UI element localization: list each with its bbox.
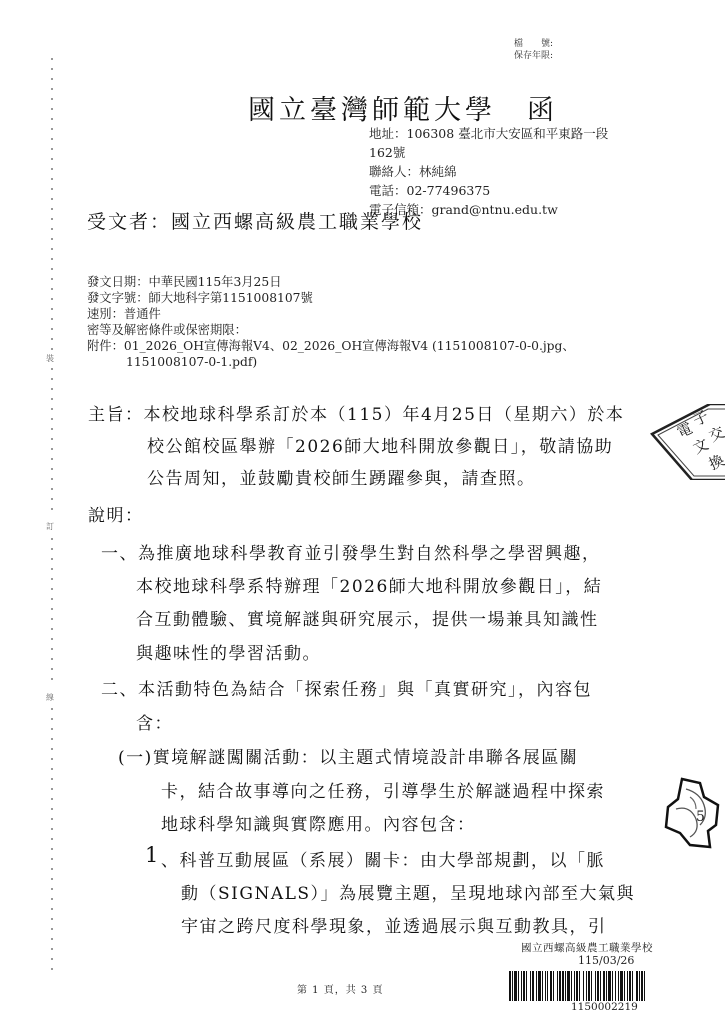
item1-line-1: 一、為推廣地球科學教育並引發學生對自然科學之學習興趣， — [101, 539, 601, 564]
attachment-line-1[interactable]: 附件：01_2026_OH宣傳海報V4、02_2026_OH宣傳海報V4 (11… — [87, 338, 575, 354]
subject-line-1: 主旨：本校地球科學系訂於本（115）年4月25日（星期六）於本 — [88, 400, 624, 425]
svg-text:5: 5 — [696, 809, 705, 825]
point1-number: 1 — [145, 843, 160, 867]
document-meta: 發文日期：中華民國115年3月25日 發文字號：師大地科字第1151008107… — [87, 274, 575, 370]
binding-label-ding: 訂 — [46, 521, 54, 532]
subject-line-3: 公告周知，並鼓勵貴校師生踴躍參與，請查照。 — [147, 464, 536, 489]
confidentiality: 密等及解密條件或保密期限： — [87, 322, 575, 338]
point1-line-2: 動（SIGNALS）」為展覽主題，呈現地球內部至大氣與 — [181, 879, 635, 904]
file-number-label: 檔 號: — [514, 38, 553, 50]
barcode-number: 1150002219 — [571, 1001, 638, 1013]
document-number: 發文字號：師大地科字第1151008107號 — [87, 290, 575, 306]
point1-line-3: 宇宙之跨尺度科學現象，並透過展示與互動教具，引 — [181, 912, 607, 937]
address-line-1: 地址：106308 臺北市大安區和平東路一段 — [369, 124, 608, 143]
sub1-line-2: 卡，結合故事導向之任務，引導學生於解謎過程中探索 — [161, 777, 605, 802]
phone-number: 電話：02-77496375 — [369, 181, 608, 200]
contact-person: 聯絡人：林純綿 — [369, 162, 608, 181]
item1-line-2: 本校地球科學系特辦理「2026師大地科開放參觀日」，結 — [136, 572, 602, 597]
binding-label-zhuang: 裝 — [46, 353, 54, 364]
attachment-line-2[interactable]: 1151008107-0-1.pdf) — [87, 354, 575, 370]
sub1-line-3: 地球科學知識與實際應用。內容包含： — [161, 810, 476, 835]
archive-info: 檔 號: 保存年限: — [514, 38, 553, 62]
sub1-line-1: (一)實境解謎闖關活動：以主題式情境設計串聯各展區關 — [118, 743, 578, 768]
issue-date: 發文日期：中華民國115年3月25日 — [87, 274, 575, 290]
item2-line-1: 二、本活動特色為結合「探索任務」與「真實研究」，內容包 — [101, 675, 592, 700]
electronic-exchange-stamp-icon: 電 子 文 交 換 — [650, 404, 725, 480]
item1-line-4: 與趣味性的學習活動。 — [136, 639, 321, 664]
delivery-speed: 速別：普通件 — [87, 306, 575, 322]
item2-line-2: 含： — [136, 709, 173, 734]
point1-line-1: 、科普互動展區（系展）關卡：由大學部規劃，以「脈 — [161, 846, 605, 871]
barcode-icon — [509, 971, 702, 1001]
document-title: 國立臺灣師範大學 函 — [248, 88, 558, 127]
page-seal-icon: 5 — [660, 775, 720, 855]
page-indicator: 第 1 頁，共 3 頁 — [297, 981, 383, 996]
receiving-school: 國立西螺高級農工職業學校 — [521, 940, 653, 955]
item1-line-3: 合互動體驗、實境解謎與研究展示，提供一場兼具知識性 — [136, 605, 599, 630]
binding-label-xian: 線 — [46, 692, 54, 703]
subject-line-2: 校公館校區舉辦「2026師大地科開放參觀日」，敬請協助 — [147, 432, 613, 457]
binding-margin-line — [51, 58, 55, 978]
retention-period-label: 保存年限: — [514, 50, 553, 62]
recipient: 受文者：國立西螺高級農工職業學校 — [87, 207, 423, 234]
contact-block: 地址：106308 臺北市大安區和平東路一段 162號 聯絡人：林純綿 電話：0… — [369, 124, 608, 219]
explanation-heading: 說明： — [88, 501, 144, 526]
address-line-2: 162號 — [369, 143, 608, 162]
receipt-date: 115/03/26 — [578, 954, 634, 967]
